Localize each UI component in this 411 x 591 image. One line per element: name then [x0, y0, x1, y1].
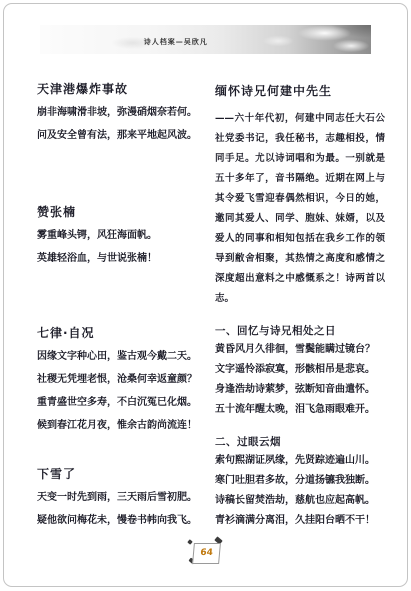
page-number-frame: 64 [192, 543, 221, 564]
left-column: 天津港爆炸事故 崩非海啸滑非坡，弥漫硝烟奈若何。 问及安全曾有法，那来平地起风波… [37, 72, 205, 537]
verse-line: 英雄轻浴血，与世说张楠！ [37, 252, 205, 266]
header-banner-image: 诗人档案—吴欣凡 [40, 25, 371, 54]
page-number-ornament-top-left [187, 539, 193, 545]
running-header-title: 诗人档案—吴欣凡 [40, 37, 311, 47]
memorial-preface: ——六十年代初，何建中同志任大石公社党委书记，我任秘书，志趣相投，情同手足。尤以… [215, 109, 385, 309]
poem-title-xiaxuele: 下雪了 [37, 465, 205, 482]
verse-line: 崩非海啸滑非坡，弥漫硝烟奈若何。 [37, 106, 205, 120]
verse-line: 索句熙湖证夙缘，先贤踪迹遍山川。 [215, 451, 385, 471]
memorial-title: 缅怀诗兄何建中先生 [215, 82, 385, 99]
verse-line: 诗稿长留焚浩劫，慈航也应起高帆。 [215, 491, 385, 511]
verse-line: 五十流年醒太晚，泪飞急雨眼难开。 [215, 400, 385, 420]
verse-line: 雾重峰头锷，风狂海面帆。 [37, 229, 205, 243]
memorial-poem2-subtitle: 二、过眼云烟 [215, 434, 385, 449]
poem-title-qilv-zikuang: 七律·自况 [37, 324, 205, 341]
verse-line: 问及安全曾有法，那来平地起风波。 [37, 129, 205, 143]
verse-line: 因缘文字种心田，鉴古观今戴二天。 [37, 350, 205, 364]
poem-title-tianjin: 天津港爆炸事故 [37, 80, 205, 97]
verse-line: 社稷无凭埋老恨，沧桑何幸返童颜？ [37, 373, 205, 387]
verse-line: 候到春江花月夜，惟余古韵尚流连！ [37, 419, 205, 433]
verse-line: 疑他欲问梅花未，慢卷书帏向我飞。 [37, 514, 205, 528]
verse-line: 身逢浩劫诗萦梦，弦断知音曲遣怀。 [215, 380, 385, 400]
verse-line: 重青盛世空多寿，不白沉冤已化烟。 [37, 396, 205, 410]
right-column: 缅怀诗兄何建中先生 ——六十年代初，何建中同志任大石公社党委书记，我任秘书，志趣… [215, 72, 385, 531]
poem-title-zanzhangnan: 赞张楠 [37, 203, 205, 220]
verse-line: 寒门吐胆君多故，分道扬镳我独断。 [215, 471, 385, 491]
memorial-poem1-subtitle: 一、回忆与诗兄相处之日 [215, 323, 385, 338]
page-number: 64 [193, 544, 220, 563]
verse-line: 天变一时先到雨，三天雨后雪初肥。 [37, 491, 205, 505]
verse-line: 黄昏风月久徘徊，雪鬓能瞒过镜台？ [215, 340, 385, 360]
verse-line: 文字遥怜添寂寞，形骸相吊是悲哀。 [215, 360, 385, 380]
verse-line: 青衫滴满分离泪，久挂阳台晒不干！ [215, 511, 385, 531]
